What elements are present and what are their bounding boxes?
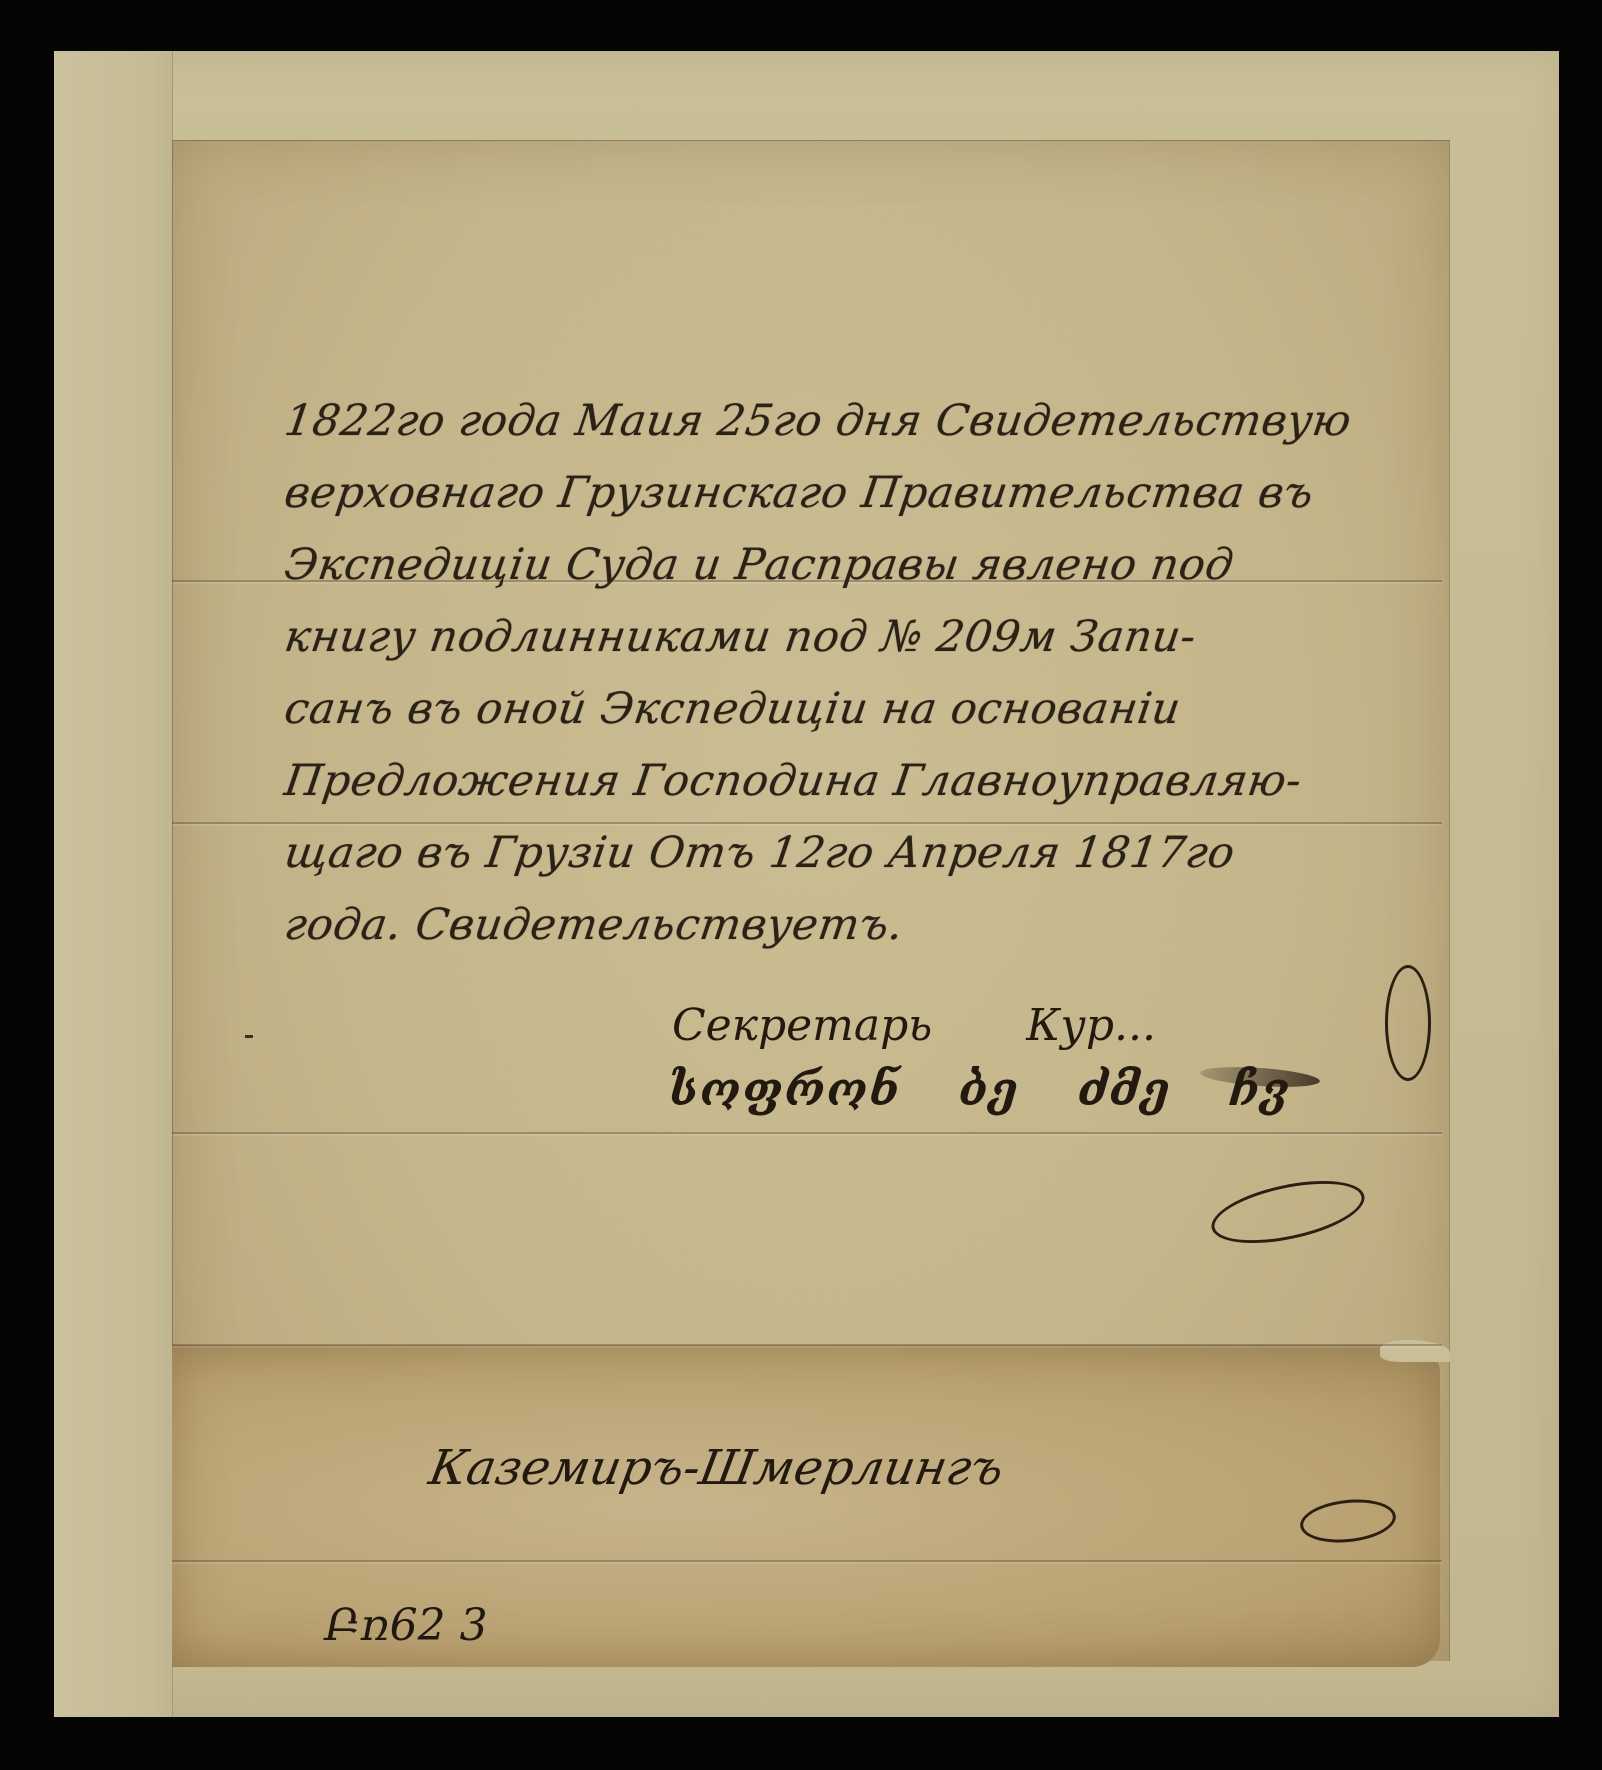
secretary-name: Кур...	[1026, 1000, 1156, 1051]
secretary-signature: Секретарь Кур...	[672, 1000, 1156, 1051]
body-line: книгу подлинниками под № 209м Запи-	[280, 601, 1470, 673]
main-signature: Каземиръ-Шмерлингъ	[425, 1440, 1008, 1496]
fold-line	[172, 1344, 1442, 1346]
backing-margin-strip	[54, 51, 173, 1717]
fold-line	[172, 1132, 1442, 1134]
body-line: верховнаго Грузинскаго Правительства въ	[280, 457, 1470, 529]
georgian-word: ბე	[959, 1062, 1020, 1116]
body-line: щаго въ Грузіи Отъ 12го Апреля 1817го	[280, 817, 1470, 889]
body-line: санъ въ оной Экспедиціи на основаніи	[280, 673, 1470, 745]
signature-flourish	[1385, 965, 1431, 1081]
body-line: Предложения Господина Главноуправляю-	[280, 745, 1470, 817]
fold-line	[172, 1560, 1442, 1562]
georgian-word: სოფრონ	[668, 1062, 901, 1116]
georgian-signature: სოფრონ ბე ძმე ჩვ	[668, 1062, 1331, 1116]
body-line: Экспедиціи Суда и Расправы явлено под	[280, 529, 1470, 601]
body-line: года. Свидетельствуетъ.	[280, 889, 1470, 961]
georgian-word: ჩვ	[1230, 1062, 1292, 1116]
archive-reference-mark: Բռ62 3	[325, 1600, 488, 1651]
manuscript-body: 1822го года Маия 25го дня Свидетельствую…	[285, 385, 1465, 961]
georgian-word: ძმე	[1078, 1062, 1172, 1116]
body-line: 1822го года Маия 25го дня Свидетельствую	[280, 385, 1470, 457]
ink-mark	[245, 1035, 253, 1038]
secretary-title: Секретарь	[672, 1000, 932, 1051]
